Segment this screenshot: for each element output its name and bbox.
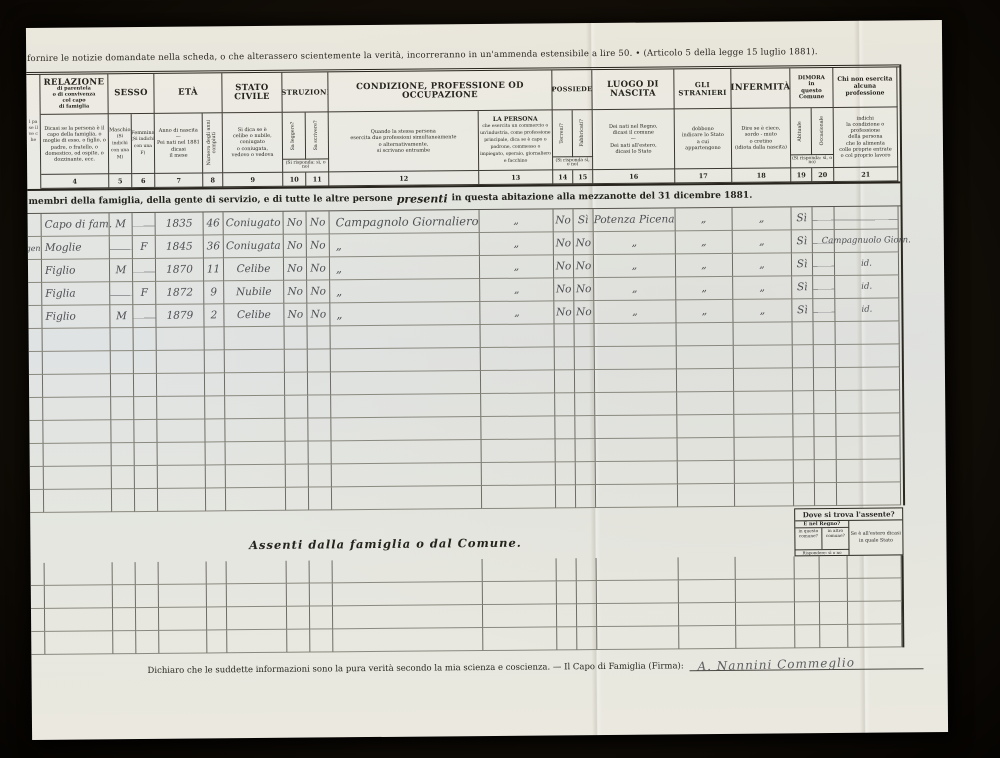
table-cell bbox=[309, 464, 332, 487]
col-istruzione-title: ISTRUZIONE bbox=[282, 72, 328, 112]
table-cell bbox=[576, 462, 596, 485]
table-cell: geni bbox=[28, 237, 42, 260]
table-cell bbox=[157, 350, 205, 373]
table-cell bbox=[287, 561, 310, 584]
table-cell bbox=[45, 562, 113, 586]
table-cell bbox=[331, 348, 481, 372]
table-cell bbox=[28, 306, 42, 329]
table-cell: „ bbox=[330, 256, 480, 280]
table-cell bbox=[29, 421, 43, 444]
table-cell: 1879 bbox=[156, 304, 204, 327]
table-cell bbox=[814, 322, 836, 345]
col-due-professioni: Quando la stessa persona esercita due pr… bbox=[329, 111, 480, 172]
col-terreni: Terreni? bbox=[553, 110, 573, 157]
presenti-highlight: presenti bbox=[397, 192, 448, 205]
col-fabbricati: Fabbricati? bbox=[573, 110, 593, 157]
table-cell bbox=[111, 420, 134, 443]
table-cell: „ bbox=[733, 299, 792, 323]
col-dimora-foot: (Si risponda: sì, o no) bbox=[791, 155, 834, 168]
table-cell bbox=[158, 465, 206, 488]
table-cell bbox=[286, 442, 309, 465]
col-luogo-title: LUOGO DI NASCITA bbox=[592, 69, 674, 110]
table-cell bbox=[206, 488, 226, 511]
table-cell bbox=[309, 487, 332, 510]
table-cell: 9 bbox=[204, 281, 224, 304]
table-cell: Sì bbox=[792, 230, 813, 253]
col-number-16: 16 bbox=[593, 169, 675, 184]
table-cell bbox=[679, 626, 736, 649]
table-cell bbox=[111, 397, 134, 420]
table-cell bbox=[159, 584, 207, 607]
col-number-17: 17 bbox=[675, 169, 732, 183]
table-cell bbox=[481, 347, 555, 371]
table-cell bbox=[135, 466, 158, 489]
table-cell bbox=[597, 626, 679, 650]
table-cell: „ bbox=[676, 208, 733, 231]
table-cell bbox=[157, 373, 205, 396]
table-cell bbox=[227, 584, 287, 608]
table-cell: No bbox=[307, 257, 330, 280]
table-cell bbox=[287, 630, 310, 653]
table-cell bbox=[134, 420, 157, 443]
table-cell bbox=[30, 490, 44, 513]
table-cell bbox=[848, 601, 902, 624]
table-cell bbox=[225, 396, 285, 420]
table-cell bbox=[205, 373, 225, 396]
table-cell: No bbox=[307, 280, 330, 303]
table-cell bbox=[597, 580, 679, 604]
table-cell bbox=[133, 213, 156, 236]
table-cell: 2 bbox=[204, 304, 224, 327]
col-number-10: 10 bbox=[283, 173, 306, 187]
table-cell bbox=[577, 558, 597, 581]
table-cell bbox=[734, 345, 793, 369]
table-cell: M bbox=[110, 305, 133, 328]
assenti-rows bbox=[31, 555, 903, 655]
table-cell: No bbox=[554, 278, 574, 301]
table-cell bbox=[112, 466, 135, 489]
table-cell bbox=[205, 327, 225, 350]
table-cell bbox=[30, 467, 44, 490]
col-number-6: 6 bbox=[132, 174, 155, 188]
table-cell bbox=[575, 324, 595, 347]
dove-altro-comune: in altro comune? bbox=[822, 528, 848, 549]
table-cell bbox=[481, 370, 555, 394]
col-luogo-desc: Dei nati nel Regno, dicasi il comune — D… bbox=[593, 109, 676, 170]
table-cell bbox=[28, 283, 42, 306]
col-number-11: 11 bbox=[306, 172, 329, 186]
table-cell bbox=[836, 390, 900, 414]
table-cell: „ bbox=[594, 254, 676, 278]
table-cell bbox=[158, 488, 206, 511]
table-cell: „ bbox=[480, 255, 554, 279]
legal-notice: fornire le notizie domandate nella sched… bbox=[27, 47, 855, 64]
table-cell bbox=[555, 370, 575, 393]
table-cell: „ bbox=[733, 207, 792, 231]
table-cell: No bbox=[307, 211, 330, 234]
table-cell: „ bbox=[480, 301, 554, 325]
table-cell: „ bbox=[733, 230, 792, 254]
table-cell bbox=[112, 489, 135, 512]
table-cell: Sì bbox=[792, 207, 813, 230]
table-cell bbox=[813, 253, 835, 276]
table-cell bbox=[556, 485, 576, 508]
table-cell bbox=[677, 346, 734, 369]
table-cell bbox=[28, 214, 42, 237]
col-stato-civile-title: STATO CIVILE bbox=[222, 73, 282, 114]
table-cell bbox=[331, 371, 481, 395]
table-cell bbox=[736, 625, 795, 649]
table-cell bbox=[813, 207, 835, 230]
table-cell: No bbox=[554, 301, 574, 324]
table-cell bbox=[795, 579, 820, 602]
table-cell bbox=[111, 351, 134, 374]
table-cell bbox=[577, 581, 597, 604]
table-cell: Sì bbox=[792, 299, 813, 322]
col-number-9: 9 bbox=[223, 173, 283, 188]
table-cell: 36 bbox=[204, 235, 224, 258]
table-cell bbox=[577, 604, 597, 627]
table-cell: No bbox=[284, 281, 307, 304]
table-cell: „ bbox=[330, 279, 480, 303]
col-anno-nascita: Anno di nascita — Pei nati nel 1881 dica… bbox=[155, 113, 204, 173]
table-cell bbox=[483, 558, 557, 582]
table-cell bbox=[44, 443, 112, 467]
declaration-line: Dichiaro che le suddette informazioni so… bbox=[147, 654, 923, 676]
table-cell: „ bbox=[594, 277, 676, 301]
table-cell bbox=[576, 439, 596, 462]
table-cell bbox=[226, 488, 286, 512]
col-maschio: Maschio(Si indichi con una M) bbox=[109, 114, 133, 174]
table-cell bbox=[575, 393, 595, 416]
table-cell: „ bbox=[733, 253, 792, 277]
table-cell bbox=[595, 323, 677, 347]
dove-questo-comune: in questo comune? bbox=[795, 528, 822, 549]
table-cell bbox=[159, 607, 207, 630]
table-header: l pa se il ve che RELAZIONE di parentela… bbox=[26, 64, 900, 191]
table-cell: M bbox=[110, 213, 133, 236]
table-cell bbox=[677, 369, 734, 392]
table-cell bbox=[331, 325, 481, 349]
census-form-paper: fornire le notizie domandate nella sched… bbox=[26, 20, 948, 740]
table-cell bbox=[820, 556, 848, 579]
table-cell bbox=[110, 282, 133, 305]
table-cell bbox=[595, 369, 677, 393]
col-number-7: 7 bbox=[155, 173, 203, 187]
table-cell: Nubile bbox=[224, 281, 284, 305]
col-number-5: 5 bbox=[109, 174, 132, 188]
clipped-left-column: l pa se il ve che bbox=[26, 75, 41, 189]
table-cell bbox=[795, 625, 820, 648]
table-cell bbox=[736, 579, 795, 603]
table-cell bbox=[133, 305, 156, 328]
table-cell: „ bbox=[330, 233, 480, 257]
table-cell bbox=[557, 604, 577, 627]
table-cell bbox=[45, 631, 113, 655]
table-cell bbox=[205, 350, 225, 373]
table-cell bbox=[483, 627, 557, 651]
table-cell bbox=[815, 437, 837, 460]
col-sa-leggere: Sa leggere? bbox=[283, 113, 306, 160]
table-cell bbox=[227, 630, 287, 654]
table-cell bbox=[136, 608, 159, 631]
table-cell: Celibe bbox=[224, 258, 284, 282]
table-cell bbox=[557, 627, 577, 650]
col-eta-title: ETÀ bbox=[154, 73, 222, 114]
table-cell bbox=[814, 368, 836, 391]
table-cell bbox=[287, 584, 310, 607]
table-cell bbox=[113, 631, 136, 654]
table-cell bbox=[848, 578, 902, 601]
table-cell bbox=[30, 444, 44, 467]
dove-si-trova-box: Dove si trova l'assente? È nel Regno? in… bbox=[794, 507, 903, 556]
table-cell: 1835 bbox=[156, 212, 204, 235]
table-cell bbox=[134, 374, 157, 397]
table-cell bbox=[285, 327, 308, 350]
table-cell bbox=[308, 418, 331, 441]
table-cell bbox=[848, 555, 902, 578]
table-cell: „ bbox=[676, 277, 733, 300]
table-cell bbox=[135, 443, 158, 466]
table-cell bbox=[734, 391, 793, 415]
table-cell bbox=[820, 579, 848, 602]
col-istruzione-foot: (Si risponda: sì, o no) bbox=[283, 159, 329, 172]
table-cell bbox=[226, 465, 286, 489]
table-cell bbox=[794, 437, 815, 460]
col-number-4: 4 bbox=[41, 174, 109, 189]
table-cell bbox=[793, 322, 814, 345]
table-cell bbox=[836, 321, 900, 345]
table-cell bbox=[207, 584, 227, 607]
table-cell: No bbox=[307, 234, 330, 257]
table-cell: 46 bbox=[204, 212, 224, 235]
table-cell bbox=[29, 352, 43, 375]
table-cell: No bbox=[284, 258, 307, 281]
table-cell bbox=[735, 460, 794, 484]
table-cell bbox=[31, 563, 45, 586]
table-cell bbox=[44, 466, 112, 490]
table-cell: No bbox=[554, 209, 574, 232]
head-of-family-signature: A. Nannini Commeglio bbox=[698, 655, 856, 673]
table-cell bbox=[481, 416, 555, 440]
col-possiede-title: POSSIEDE bbox=[552, 70, 592, 110]
col-infermita-desc: Dire se è cieco, sordo - muto o cretino … bbox=[732, 108, 792, 169]
table-cell bbox=[43, 328, 111, 352]
table-cell bbox=[310, 560, 333, 583]
table-cell bbox=[813, 276, 835, 299]
table-cell bbox=[736, 602, 795, 626]
table-cell bbox=[205, 419, 225, 442]
table-cell bbox=[310, 629, 333, 652]
table-cell bbox=[555, 347, 575, 370]
table-cell: No bbox=[307, 303, 330, 326]
col-anni-compiuti: Numero degli anni compiuti bbox=[203, 113, 224, 173]
col-number-12: 12 bbox=[329, 171, 479, 186]
table-cell bbox=[43, 351, 111, 375]
table-cell bbox=[678, 484, 735, 507]
table-cell: Moglie bbox=[42, 236, 110, 260]
table-cell bbox=[43, 374, 111, 398]
table-cell bbox=[226, 442, 286, 466]
table-cell bbox=[286, 488, 309, 511]
table-cell bbox=[113, 585, 136, 608]
assenti-section: Assenti dalla famiglia o dal Comune. Dov… bbox=[30, 532, 904, 655]
table-cell bbox=[110, 236, 133, 259]
table-cell bbox=[29, 329, 43, 352]
table-cell bbox=[332, 486, 482, 510]
col-infermita-title: INFERMITÀ bbox=[731, 68, 790, 109]
table-cell bbox=[157, 396, 205, 419]
table-cell: No bbox=[284, 212, 307, 235]
col-occasionale: Occasionale bbox=[812, 108, 834, 155]
table-cell bbox=[793, 391, 814, 414]
table-cell bbox=[135, 489, 158, 512]
table-cell: „ bbox=[676, 300, 733, 323]
table-cell: Coniugata bbox=[224, 235, 284, 259]
table-cell: M bbox=[110, 259, 133, 282]
presenti-table: l pa se il ve che RELAZIONE di parentela… bbox=[26, 64, 905, 513]
presenti-rows: Capo di fam.M183546ConiugatoNoNoCampagno… bbox=[28, 206, 904, 513]
table-cell: Potenza Picena bbox=[594, 208, 676, 232]
col-number-15: 15 bbox=[573, 170, 593, 184]
table-cell bbox=[111, 328, 134, 351]
table-cell bbox=[157, 419, 205, 442]
table-cell bbox=[813, 299, 835, 322]
table-cell bbox=[555, 416, 575, 439]
table-cell bbox=[111, 374, 134, 397]
table-cell bbox=[136, 631, 159, 654]
table-cell bbox=[795, 556, 820, 579]
table-cell: 11 bbox=[204, 258, 224, 281]
table-cell bbox=[815, 460, 837, 483]
table-cell bbox=[331, 394, 481, 418]
col-number-18: 18 bbox=[732, 168, 791, 183]
table-cell bbox=[575, 416, 595, 439]
table-cell: No bbox=[554, 232, 574, 255]
table-cell bbox=[677, 392, 734, 415]
table-cell bbox=[835, 206, 899, 230]
col-sesso-title: SESSO bbox=[108, 74, 154, 114]
table-cell bbox=[28, 260, 42, 283]
table-cell: 1872 bbox=[156, 281, 204, 304]
table-cell: No bbox=[574, 232, 594, 255]
table-cell bbox=[136, 562, 159, 585]
table-cell bbox=[225, 327, 285, 351]
table-cell bbox=[45, 608, 113, 632]
table-cell: Celibe bbox=[224, 304, 284, 328]
table-cell bbox=[158, 442, 206, 465]
table-cell bbox=[286, 465, 309, 488]
table-cell bbox=[29, 375, 43, 398]
table-cell: F bbox=[133, 236, 156, 259]
table-cell: No bbox=[554, 255, 574, 278]
col-sa-scrivere: Sa scrivere? bbox=[306, 112, 329, 159]
declaration-text: Dichiaro che le suddette informazioni so… bbox=[147, 661, 683, 676]
table-cell bbox=[814, 391, 836, 414]
col-number-21: 21 bbox=[834, 167, 898, 182]
table-cell bbox=[308, 349, 331, 372]
table-cell bbox=[285, 419, 308, 442]
dove-estero: Se è all'estero dicasi in quale Stato bbox=[849, 520, 902, 554]
table-cell bbox=[225, 373, 285, 397]
table-cell bbox=[206, 465, 226, 488]
table-cell bbox=[678, 438, 735, 461]
table-cell bbox=[734, 322, 793, 346]
table-cell bbox=[159, 630, 207, 653]
table-cell bbox=[596, 484, 678, 508]
table-cell: 1870 bbox=[156, 258, 204, 281]
table-cell bbox=[837, 459, 901, 483]
table-cell: „ bbox=[594, 300, 676, 324]
table-cell bbox=[679, 557, 736, 580]
table-cell bbox=[44, 489, 112, 513]
table-cell bbox=[557, 581, 577, 604]
dove-answer-note: Rispondere: sì o no bbox=[795, 549, 848, 555]
table-cell: „ bbox=[480, 232, 554, 256]
table-cell bbox=[794, 460, 815, 483]
table-cell bbox=[136, 585, 159, 608]
table-cell: id. bbox=[835, 298, 899, 322]
col-stranieri-desc: dobbono indicare lo Stato a cui apparten… bbox=[675, 109, 733, 169]
table-cell bbox=[205, 396, 225, 419]
table-cell bbox=[310, 583, 333, 606]
table-cell: Sì bbox=[792, 253, 813, 276]
table-cell: Campagnuolo Giorn. bbox=[835, 229, 899, 253]
col-chi-desc: indichi la condizione o professione dell… bbox=[834, 107, 899, 168]
table-cell: Coniugato bbox=[224, 212, 284, 236]
table-cell bbox=[31, 586, 45, 609]
col-condizione-title: CONDIZIONE, PROFESSIONE OD OCCUPAZIONE bbox=[328, 70, 552, 112]
table-cell bbox=[332, 463, 482, 487]
table-cell bbox=[815, 483, 837, 506]
col-dimora-title: DIMORA in questo Comune bbox=[790, 68, 833, 108]
table-cell bbox=[31, 632, 45, 655]
col-number-14: 14 bbox=[553, 170, 573, 184]
table-cell bbox=[113, 608, 136, 631]
table-cell bbox=[45, 585, 113, 609]
table-cell: „ bbox=[330, 302, 480, 326]
col-number-13: 13 bbox=[479, 170, 553, 185]
table-cell bbox=[836, 367, 900, 391]
col-number-19: 19 bbox=[791, 168, 812, 182]
table-cell bbox=[227, 607, 287, 631]
table-cell bbox=[837, 482, 901, 506]
table-cell bbox=[112, 443, 135, 466]
table-cell bbox=[285, 350, 308, 373]
table-cell bbox=[29, 398, 43, 421]
table-cell: No bbox=[284, 304, 307, 327]
table-cell bbox=[331, 417, 481, 441]
table-cell bbox=[31, 609, 45, 632]
table-cell: „ bbox=[480, 278, 554, 302]
table-cell bbox=[483, 581, 557, 605]
table-cell bbox=[555, 393, 575, 416]
table-cell bbox=[677, 415, 734, 438]
table-cell bbox=[113, 562, 136, 585]
table-cell bbox=[596, 461, 678, 485]
table-cell bbox=[793, 368, 814, 391]
table-cell bbox=[481, 324, 555, 348]
table-cell bbox=[793, 414, 814, 437]
col-abituale: Abituale bbox=[791, 108, 812, 155]
table-cell bbox=[595, 346, 677, 370]
table-cell bbox=[576, 485, 596, 508]
table-cell bbox=[134, 328, 157, 351]
table-cell bbox=[820, 625, 848, 648]
table-cell bbox=[814, 345, 836, 368]
table-cell bbox=[597, 557, 679, 581]
table-cell bbox=[285, 396, 308, 419]
